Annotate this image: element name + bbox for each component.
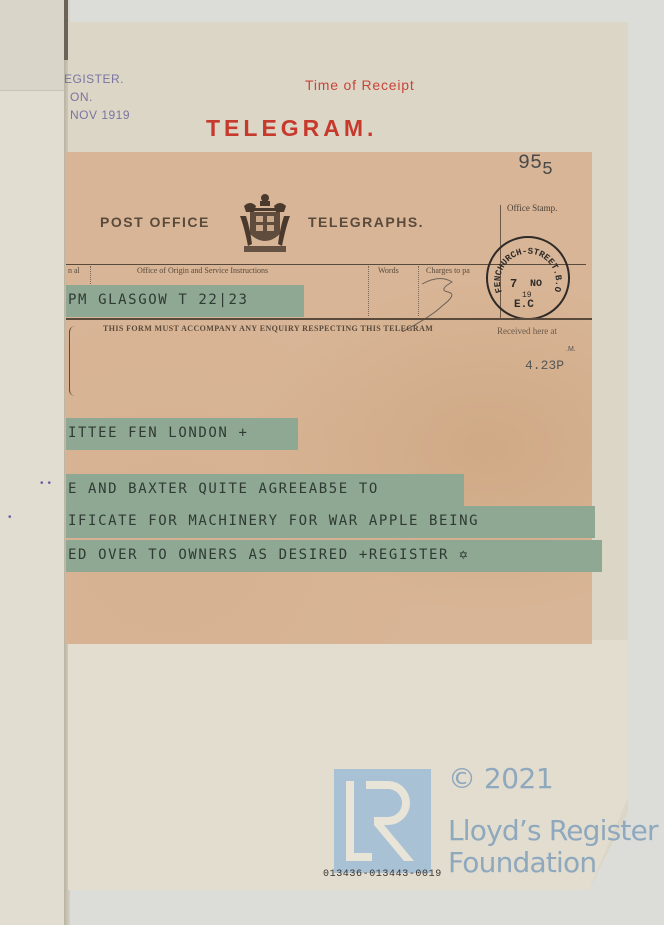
telegram-title: TELEGRAM. [206, 115, 377, 142]
register-stamp-line1: EGISTER. [64, 70, 130, 88]
svg-text:FENCHURCH-STREET.B.O: FENCHURCH-STREET.B.O [493, 247, 563, 295]
register-date-stamp: EGISTER. ON. NOV 1919 [64, 70, 130, 124]
tape-address-line: ITTEE FEN LONDON + [66, 418, 298, 450]
watermark-copyright: © 2021 [448, 762, 553, 795]
binding-edge [64, 0, 68, 60]
tape-message-line-3: ED OVER TO OWNERS AS DESIRED +REGISTER ✡ [66, 540, 602, 572]
pencil-mark [400, 272, 500, 332]
ink-dots: •• [40, 478, 55, 489]
tape-message-line-2: IFICATE FOR MACHINERY FOR WAR APPLE BEIN… [66, 506, 595, 538]
time-of-receipt-label: Time of Receipt [305, 77, 415, 93]
postmark-month: NO [530, 279, 542, 290]
postmark-district: E.C [514, 299, 534, 311]
enquiry-rule [66, 318, 592, 320]
tape-message-line-1: E AND BAXTER QUITE AGREEAB5E TO [66, 474, 464, 506]
received-time: 4.23P [525, 358, 564, 373]
received-meridiem: .M. [566, 346, 576, 353]
received-here-label: Received here at [497, 326, 557, 336]
address-bracket [69, 326, 78, 396]
telegraphs-heading: TELEGRAPHS. [308, 214, 424, 230]
office-stamp-label: Office Stamp. [507, 203, 557, 213]
column-words-label: Words [378, 266, 399, 275]
column-divider [368, 266, 370, 316]
enquiry-notice: THIS FORM MUST ACCOMPANY ANY ENQUIRY RES… [103, 324, 433, 333]
left-underlying-sheet-lower [0, 90, 70, 925]
tape-origin-line: PM GLASGOW T 22|23 [66, 285, 304, 317]
ink-dot: • [8, 512, 12, 523]
post-office-heading: POST OFFICE [100, 214, 210, 230]
serial-number: 955 [518, 152, 553, 175]
watermark-org-line1: Lloyd’s Register [448, 814, 658, 847]
register-stamp-line2: ON. [64, 88, 130, 106]
lr-logo-icon [334, 769, 431, 873]
royal-crest-icon [238, 192, 292, 256]
column-origin-label: Office of Origin and Service Instruction… [137, 266, 268, 275]
postmark-day: 7 [510, 277, 517, 291]
archive-reference-number: 013436-013443-0019 [323, 869, 442, 880]
watermark-org-line2: Foundation [448, 846, 596, 879]
column-prefix: n al [68, 266, 80, 275]
register-stamp-line3: NOV 1919 [64, 106, 130, 124]
